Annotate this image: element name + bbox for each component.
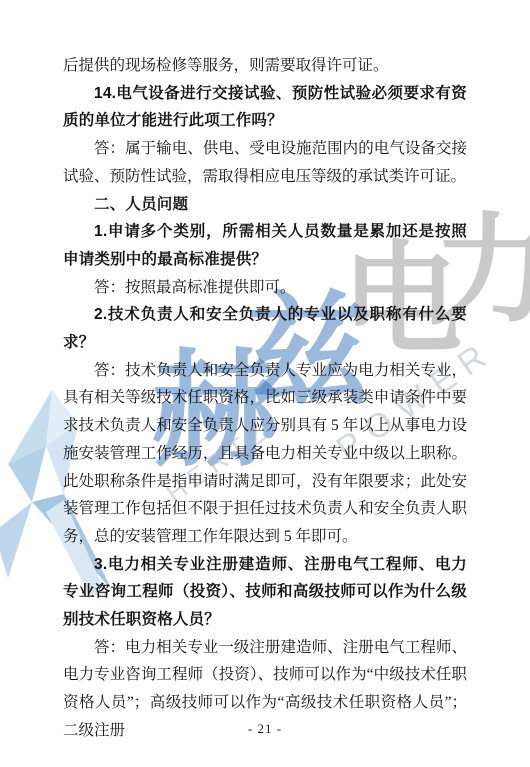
document-page: 赫 兹 电 力 HERTZ POWER 后提供的现场检修等服务，则需要取得许可证… <box>0 0 530 767</box>
paragraph: 1.申请多个类别，所需相关人员数量是累加还是按照申请类别中的最高标准提供？ <box>63 218 467 273</box>
paragraph: 14.电气设备进行交接试验、预防性试验必须要求有资质的单位才能进行此项工作吗？ <box>63 80 467 135</box>
paragraph: 2.技术负责人和安全负责人的专业以及职称有什么要求？ <box>63 301 467 356</box>
page-number: - 21 - <box>0 721 530 737</box>
paragraph: 3.电力相关专业注册建造师、注册电气工程师、电力专业咨询工程师（投资）、技师和高… <box>63 551 467 634</box>
document-body: 后提供的现场检修等服务，则需要取得许可证。14.电气设备进行交接试验、预防性试验… <box>63 52 467 745</box>
paragraph: 二、人员问题 <box>63 191 467 219</box>
paragraph: 后提供的现场检修等服务，则需要取得许可证。 <box>63 52 467 80</box>
paragraph: 答：技术负责人和安全负责人专业应为电力相关专业，具有相关等级技术任职资格，比如三… <box>63 357 467 551</box>
paragraph: 答：按照最高标准提供即可。 <box>63 274 467 302</box>
paragraph: 答：属于输电、供电、受电设施范围内的电气设备交接试验、预防性试验，需取得相应电压… <box>63 135 467 190</box>
